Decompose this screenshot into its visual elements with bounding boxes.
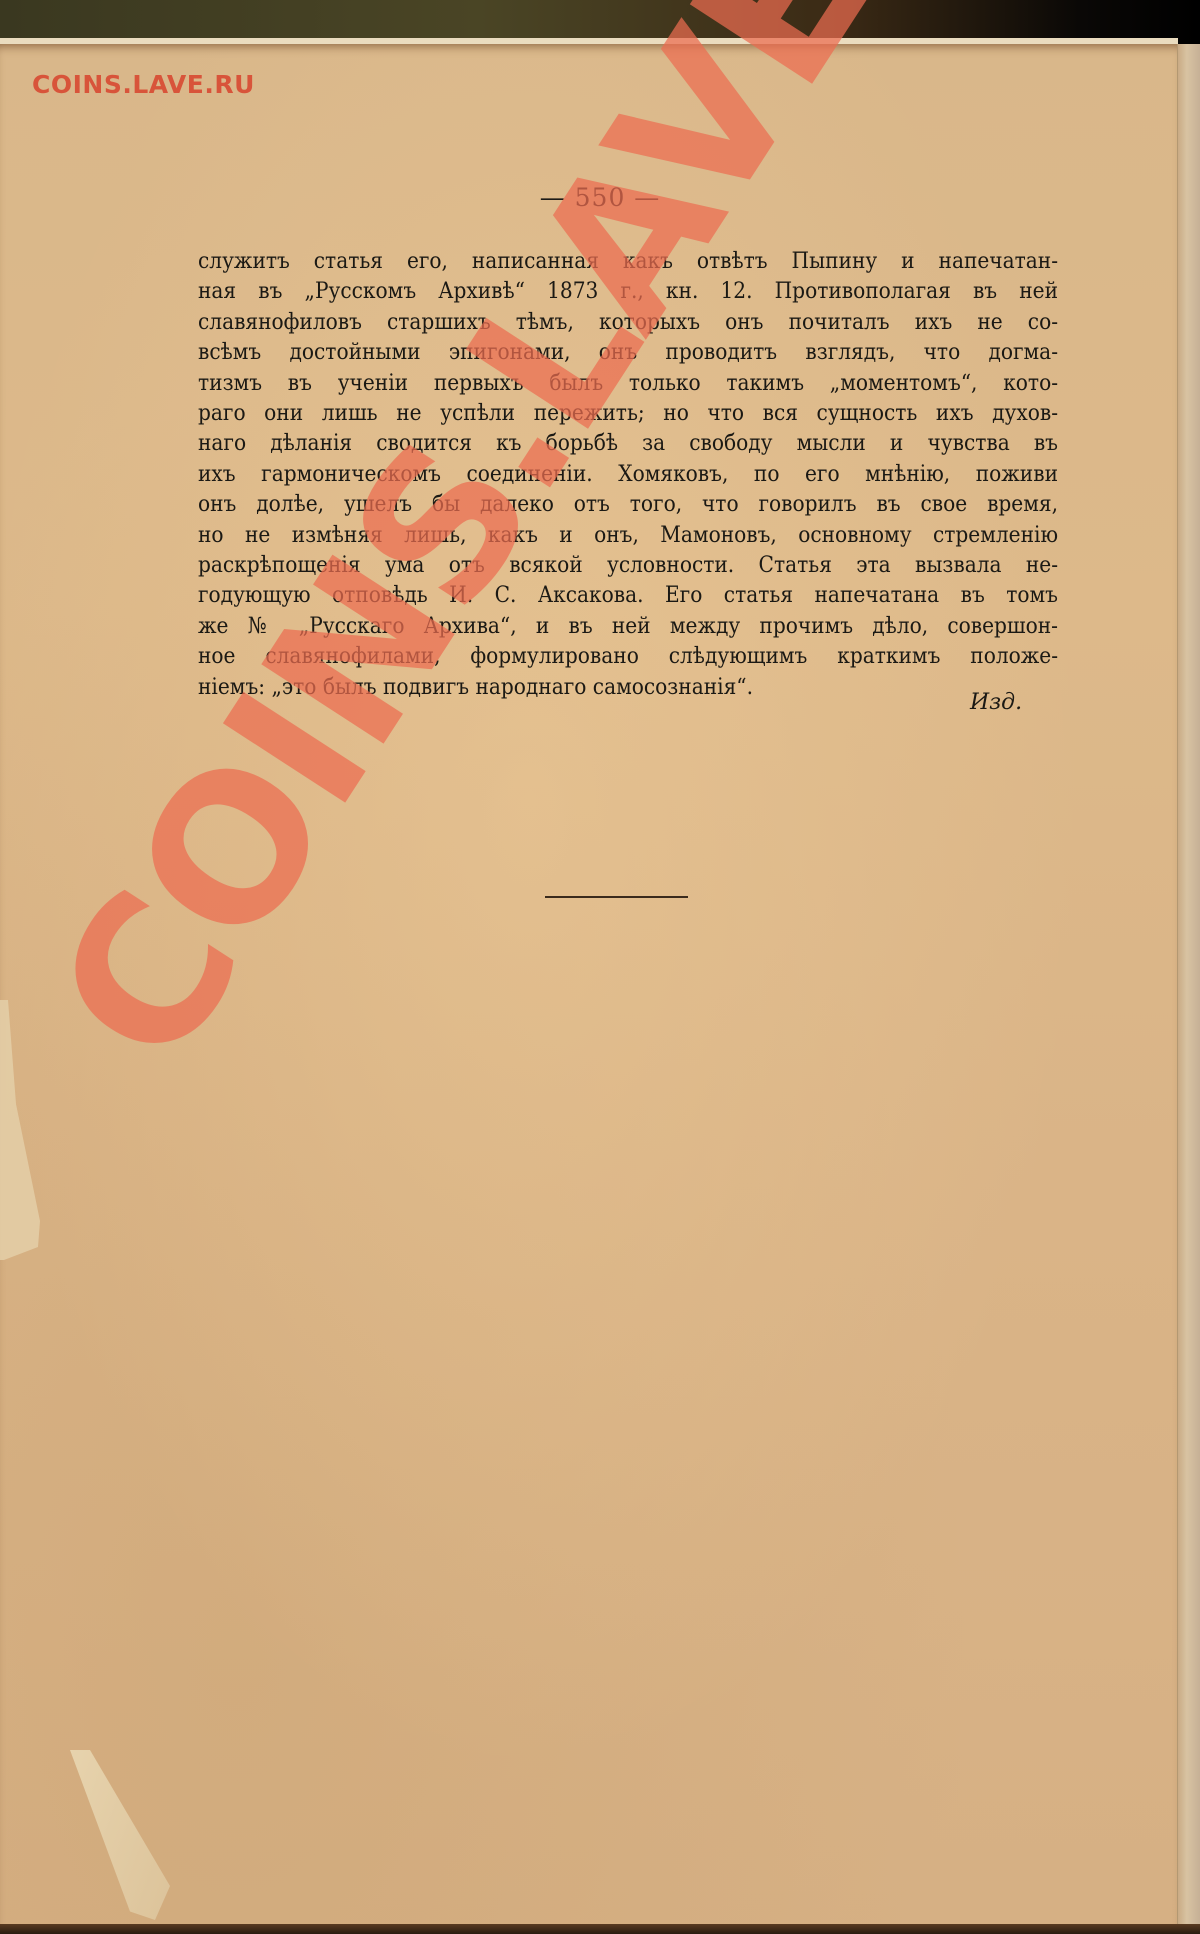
section-divider: [545, 896, 688, 898]
text-line: же № „Русскаго Архива“, и въ ней между п…: [198, 611, 1058, 641]
text-line: раго они лишь не успѣли пережить; но что…: [198, 398, 1058, 428]
text-line: ное славянофилами, формулировано слѣдующ…: [198, 641, 1058, 671]
text-line: тизмъ въ ученіи первыхъ былъ только таки…: [198, 368, 1058, 398]
text-line: славянофиловъ старшихъ тѣмъ, которыхъ он…: [198, 307, 1058, 337]
text-line: но не измѣняя лишь, какъ и онъ, Мамоновъ…: [198, 520, 1058, 550]
page-number: — 550 —: [0, 183, 1200, 212]
text-line: ніемъ: „это былъ подвигъ народнаго самос…: [198, 672, 1058, 702]
text-line: наго дѣланія сводится къ борьбѣ за свобо…: [198, 428, 1058, 458]
text-line: ная въ „Русскомъ Архивѣ“ 1873 г., кн. 12…: [198, 276, 1058, 306]
text-line: всѣмъ достойными эпигонами, онъ проводит…: [198, 337, 1058, 367]
watermark-corner: COINS.LAVE.RU: [32, 70, 255, 99]
text-line: ихъ гармоническомъ соединеніи. Хомяковъ,…: [198, 459, 1058, 489]
text-line: служитъ статья его, написанная какъ отвѣ…: [198, 246, 1058, 276]
body-text: служитъ статья его, написанная какъ отвѣ…: [198, 246, 1058, 702]
page-edge-right: [1177, 44, 1200, 1934]
signature: Изд.: [970, 690, 1022, 715]
page-edge-bottom: [0, 1924, 1200, 1934]
text-line: годующую отповѣдь И. С. Аксакова. Его ст…: [198, 580, 1058, 610]
text-line: онъ долѣе, ушелъ бы далеко отъ того, что…: [198, 489, 1058, 519]
text-line: раскрѣпощенія ума отъ всякой условности.…: [198, 550, 1058, 580]
